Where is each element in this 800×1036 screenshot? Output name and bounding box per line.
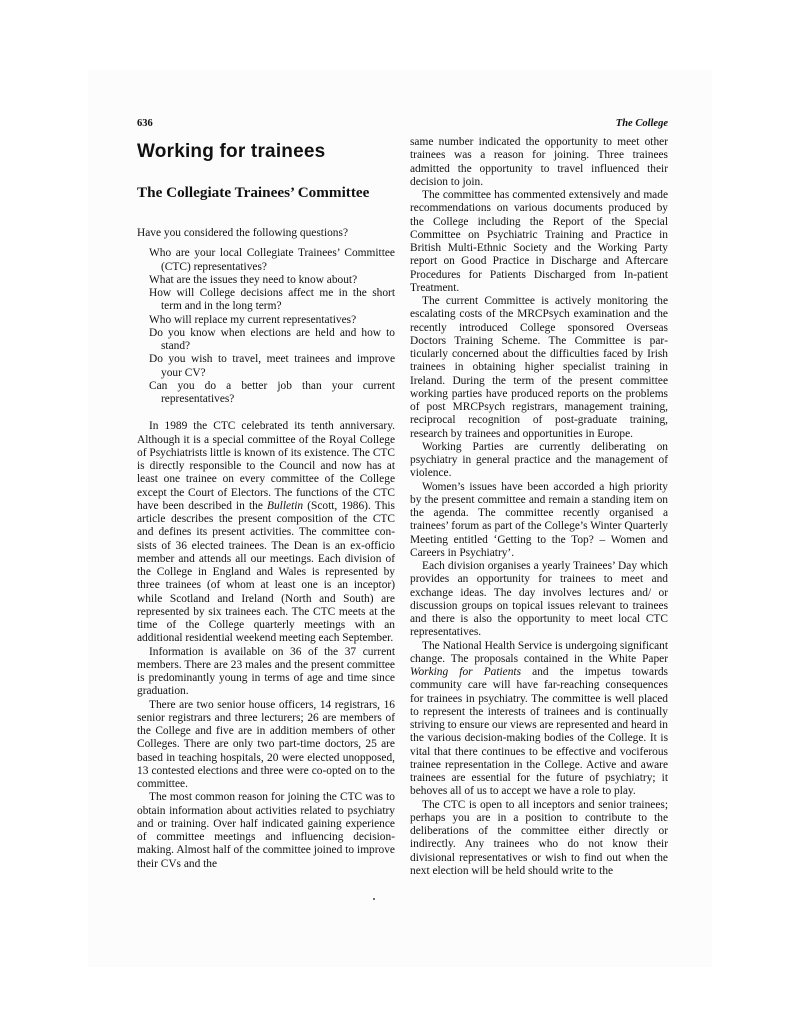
paragraph: Working Parties are currently deliberati… (410, 441, 668, 481)
paragraph-text: In 1989 the CTC celebrated its tenth ann… (137, 420, 395, 512)
question-item: Who are your local Collegiate Trainees’ … (149, 247, 395, 274)
page-number: 636 (137, 118, 153, 129)
question-item: Do you wish to travel, meet trainees and… (149, 353, 395, 380)
question-item: How will College decisions affect me in … (149, 287, 395, 314)
paragraph-text: The National Health Service is undergoin… (410, 640, 668, 665)
question-list: Who are your local Collegiate Trainees’ … (149, 247, 395, 406)
left-column: Working for trainees The Collegiate Trai… (137, 136, 395, 871)
section-title: The College (616, 118, 668, 129)
article-title: Working for trainees (137, 141, 395, 163)
question-item: Can you do a better job than your curren… (149, 380, 395, 407)
paragraph: Each division organises a yearly Trainee… (410, 560, 668, 640)
paragraph: Women’s issues have been accorded a high… (410, 481, 668, 561)
journal-title-italic: Bulletin (267, 500, 303, 512)
question-item: What are the issues they need to know ab… (149, 274, 395, 287)
paragraph: The National Health Service is undergoin… (410, 640, 668, 799)
paragraph: There are two senior house officers, 14 … (137, 699, 395, 792)
paragraph-text: and the impetus towards community care w… (410, 666, 668, 797)
article-subtitle: The Collegiate Trainees’ Committee (137, 184, 395, 202)
question-item: Do you know when elections are held and … (149, 327, 395, 354)
right-column: same number indicated the opportunity to… (410, 136, 668, 878)
running-head: 636 The College (137, 118, 668, 132)
scan-artifact-dot (373, 898, 375, 900)
question-item: Who will replace my current representati… (149, 314, 395, 327)
paragraph: The committee has commented extensively … (410, 189, 668, 295)
document-page: 636 The College Working for trainees The… (137, 118, 668, 132)
paragraph: In 1989 the CTC celebrated its tenth ann… (137, 420, 395, 645)
paragraph-text: (Scott, 1986). This article describes th… (137, 500, 395, 645)
paragraph-continuation: same number indicated the opportunity to… (410, 136, 668, 189)
paragraph: Information is available on 36 of the 37… (137, 646, 395, 699)
white-paper-title-italic: Working for Patients (410, 666, 521, 678)
paragraph: The current Committee is actively monito… (410, 295, 668, 441)
paragraph: The most common reason for joining the C… (137, 791, 395, 871)
intro-text: Have you considered the following questi… (137, 227, 395, 240)
paragraph: The CTC is open to all inceptors and sen… (410, 799, 668, 879)
